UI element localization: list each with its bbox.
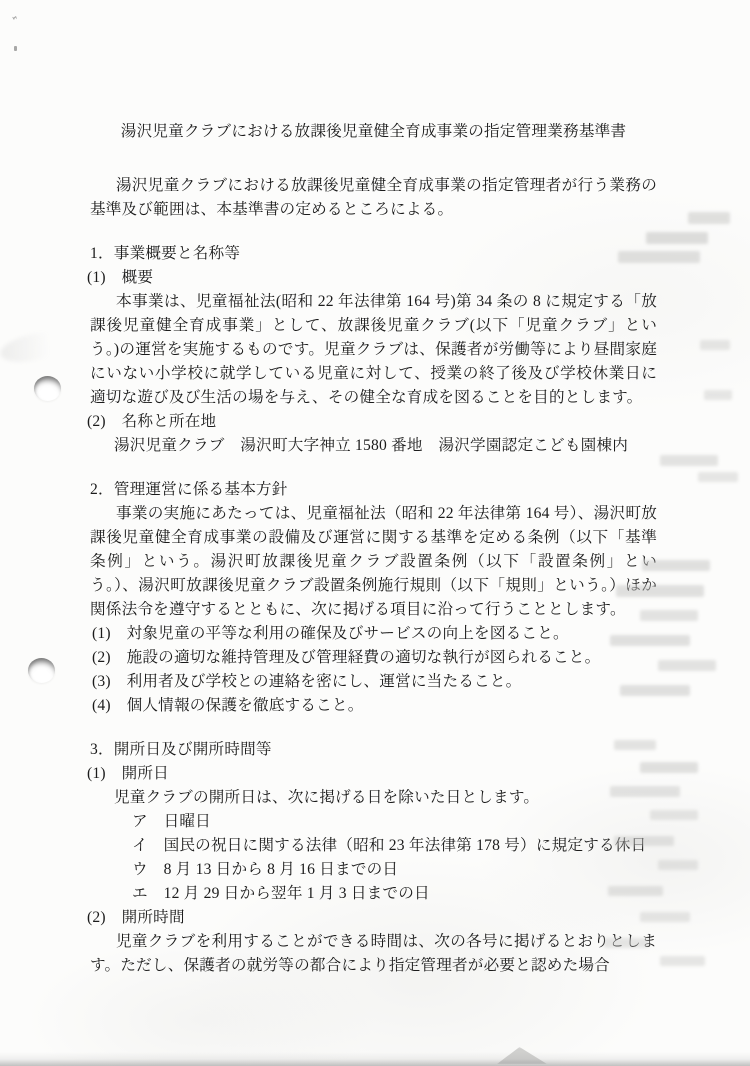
bleed-through-artifact	[650, 810, 698, 820]
bleed-through-artifact	[614, 740, 656, 750]
scanned-document-page: 湯沢児童クラブにおける放課後児童健全育成事業の指定管理業務基準書 湯沢児童クラブ…	[0, 0, 750, 1066]
bleed-through-artifact	[610, 786, 680, 797]
ink-speck	[12, 16, 17, 20]
bleed-through-artifact	[640, 610, 698, 621]
bleed-through-artifact	[616, 585, 704, 597]
bleed-through-artifact	[642, 560, 710, 571]
subsection-label: (2) 開所時間	[87, 906, 657, 930]
subsection-label: (2) 名称と所在地	[87, 410, 657, 434]
body-paragraph: 児童クラブを利用することができる時間は、次の各号に掲げるとおりとします。ただし、…	[90, 930, 657, 978]
section-opening-days-hours: 3．開所日及び開所時間等 (1) 開所日 児童クラブの開所日は、次に掲げる日を除…	[90, 738, 657, 978]
bleed-through-artifact	[688, 212, 730, 224]
bleed-through-artifact	[700, 340, 730, 350]
bleed-through-artifact	[614, 836, 674, 846]
subsection-label: (1) 概要	[87, 266, 657, 290]
scan-smudge	[0, 327, 72, 367]
body-paragraph: 本事業は、児童福祉法(昭和 22 年法律第 164 号)第 34 条の 8 に規…	[90, 290, 657, 410]
section-overview: 1．事業概要と名称等 (1) 概要 本事業は、児童福祉法(昭和 22 年法律第 …	[90, 242, 657, 458]
bleed-through-artifact	[604, 938, 649, 948]
page-title: 湯沢児童クラブにおける放課後児童健全育成事業の指定管理業務基準書	[90, 120, 657, 144]
bleed-through-artifact	[660, 956, 705, 966]
section-heading: 3．開所日及び開所時間等	[90, 738, 657, 762]
closed-day-item: ア 日曜日	[132, 810, 657, 834]
policy-list-item: (3) 利用者及び学校との連絡を密にし、運営に当たること。	[92, 670, 657, 694]
facility-address-line: 湯沢児童クラブ 湯沢町大字神立 1580 番地 湯沢学園認定こども園棟内	[114, 434, 657, 458]
policy-list-item: (4) 個人情報の保護を徹底すること。	[92, 694, 657, 718]
section-heading: 2．管理運営に係る基本方針	[90, 478, 657, 502]
body-paragraph: 事業の実施にあたっては、児童福祉法（昭和 22 年法律第 164 号）、湯沢町放…	[90, 502, 657, 622]
hole-punch-shadow-bottom	[28, 658, 55, 683]
bleed-through-artifact	[658, 860, 698, 870]
closed-day-item: イ 国民の祝日に関する法律（昭和 23 年法律第 178 号）に規定する休日	[132, 834, 657, 858]
bleed-through-artifact	[618, 251, 700, 263]
policy-list-item: (2) 施設の適切な維持管理及び管理経費の適切な執行が図られること。	[92, 646, 657, 670]
closed-day-item: ウ 8 月 13 日から 8 月 16 日までの日	[132, 858, 657, 882]
bleed-through-artifact	[646, 232, 708, 244]
bleed-through-artifact	[660, 455, 718, 466]
bleed-through-artifact	[640, 762, 698, 773]
bleed-through-artifact	[608, 886, 663, 896]
document-body: 湯沢児童クラブにおける放課後児童健全育成事業の指定管理業務基準書 湯沢児童クラブ…	[90, 120, 657, 978]
bleed-through-artifact	[610, 635, 690, 646]
hole-punch-shadow-top	[34, 376, 61, 401]
bleed-through-artifact	[658, 660, 716, 671]
closed-day-item: エ 12 月 29 日から翌年 1 月 3 日までの日	[132, 882, 657, 906]
policy-list-item: (1) 対象児童の平等な利用の確保及びサービスの向上を図ること。	[92, 622, 657, 646]
intro-paragraph: 湯沢児童クラブにおける放課後児童健全育成事業の指定管理者が行う業務の基準及び範囲…	[90, 174, 657, 222]
section-management-policy: 2．管理運営に係る基本方針 事業の実施にあたっては、児童福祉法（昭和 22 年法…	[90, 478, 657, 718]
bleed-through-artifact	[620, 685, 690, 696]
section-heading: 1．事業概要と名称等	[90, 242, 657, 266]
scan-edge-shadow	[0, 1052, 750, 1066]
bleed-through-artifact	[698, 472, 738, 482]
body-line: 児童クラブの開所日は、次に掲げる日を除いた日とします。	[114, 786, 657, 810]
bleed-through-artifact	[640, 912, 690, 922]
subsection-label: (1) 開所日	[87, 762, 657, 786]
bleed-through-artifact	[704, 390, 732, 400]
ink-speck	[14, 46, 17, 51]
